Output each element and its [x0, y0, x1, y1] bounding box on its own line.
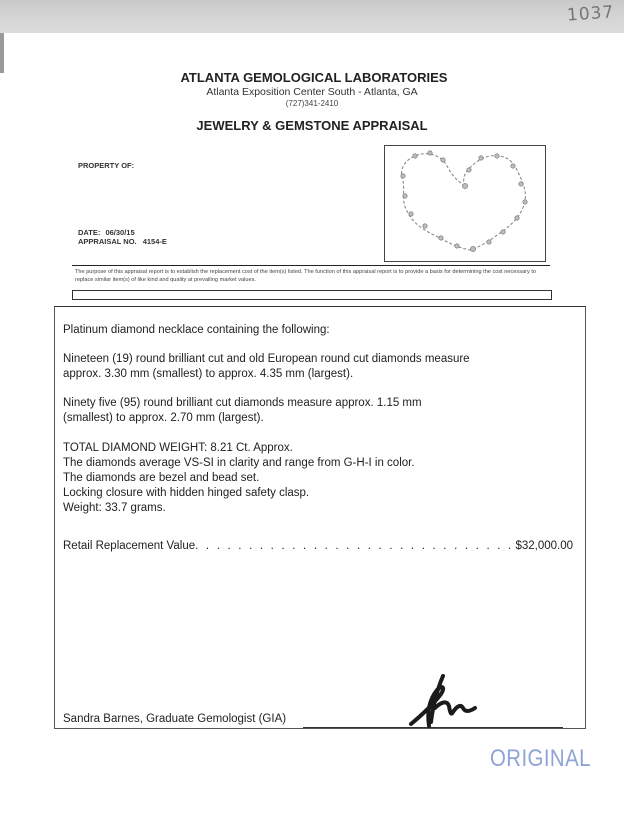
description-paragraph-1: Nineteen (19) round brilliant cut and ol… [63, 352, 470, 382]
scan-border-left [0, 33, 4, 73]
description-line: Ninety five (95) round brilliant cut dia… [63, 396, 422, 411]
scan-border-top [0, 0, 624, 33]
description-paragraph-2: Ninety five (95) round brilliant cut dia… [63, 396, 422, 426]
description-line: Nineteen (19) round brilliant cut and ol… [63, 352, 470, 367]
necklace-image [385, 146, 545, 261]
lab-address: Atlanta Exposition Center South - Atlant… [0, 86, 624, 98]
description-line: approx. 3.30 mm (smallest) to approx. 4.… [63, 367, 470, 382]
description-line: (smallest) to approx. 2.70 mm (largest). [63, 411, 422, 426]
purpose-statement: The purpose of this appraisal report is … [75, 268, 555, 284]
blank-field-bar [72, 290, 552, 300]
handwritten-signature [405, 672, 495, 737]
date-field: DATE: 06/30/15 [78, 228, 135, 237]
retail-value-amount: $32,000.00 [515, 540, 573, 552]
description-intro: Platinum diamond necklace containing the… [63, 323, 330, 338]
item-weight: Weight: 33.7 grams. [63, 501, 415, 516]
appraisal-number-value: 4154-E [143, 237, 167, 246]
document-title: JEWELRY & GEMSTONE APPRAISAL [0, 118, 624, 133]
lab-name: ATLANTA GEMOLOGICAL LABORATORIES [4, 70, 624, 85]
retail-value-label: Retail Replacement Value [63, 540, 195, 552]
leader-dots: . . . . . . . . . . . . . . . . . . . . … [195, 540, 515, 552]
lab-phone: (727)341-2410 [0, 99, 624, 108]
date-label: DATE: [78, 228, 100, 237]
description-details: TOTAL DIAMOND WEIGHT: 8.21 Ct. Approx. T… [63, 441, 415, 516]
letterhead: ATLANTA GEMOLOGICAL LABORATORIES Atlanta… [0, 70, 624, 108]
date-value: 06/30/15 [105, 228, 134, 237]
setting-style: The diamonds are bezel and bead set. [63, 471, 415, 486]
signer-name: Sandra Barnes, Graduate Gemologist (GIA) [63, 713, 286, 725]
appraisal-number-field: APPRAISAL NO. 4154-E [78, 237, 167, 246]
original-stamp: ORIGINAL [490, 745, 591, 773]
handwritten-annotation: 1037 [566, 2, 615, 25]
property-of-label: PROPERTY OF: [78, 161, 134, 170]
necklace-photo [384, 145, 546, 262]
divider-rule [72, 265, 550, 266]
closure: Locking closure with hidden hinged safet… [63, 486, 415, 501]
appraisal-number-label: APPRAISAL NO. [78, 237, 137, 246]
retail-replacement-value: Retail Replacement Value . . . . . . . .… [63, 540, 573, 552]
total-diamond-weight: TOTAL DIAMOND WEIGHT: 8.21 Ct. Approx. [63, 441, 415, 456]
clarity-color: The diamonds average VS-SI in clarity an… [63, 456, 415, 471]
